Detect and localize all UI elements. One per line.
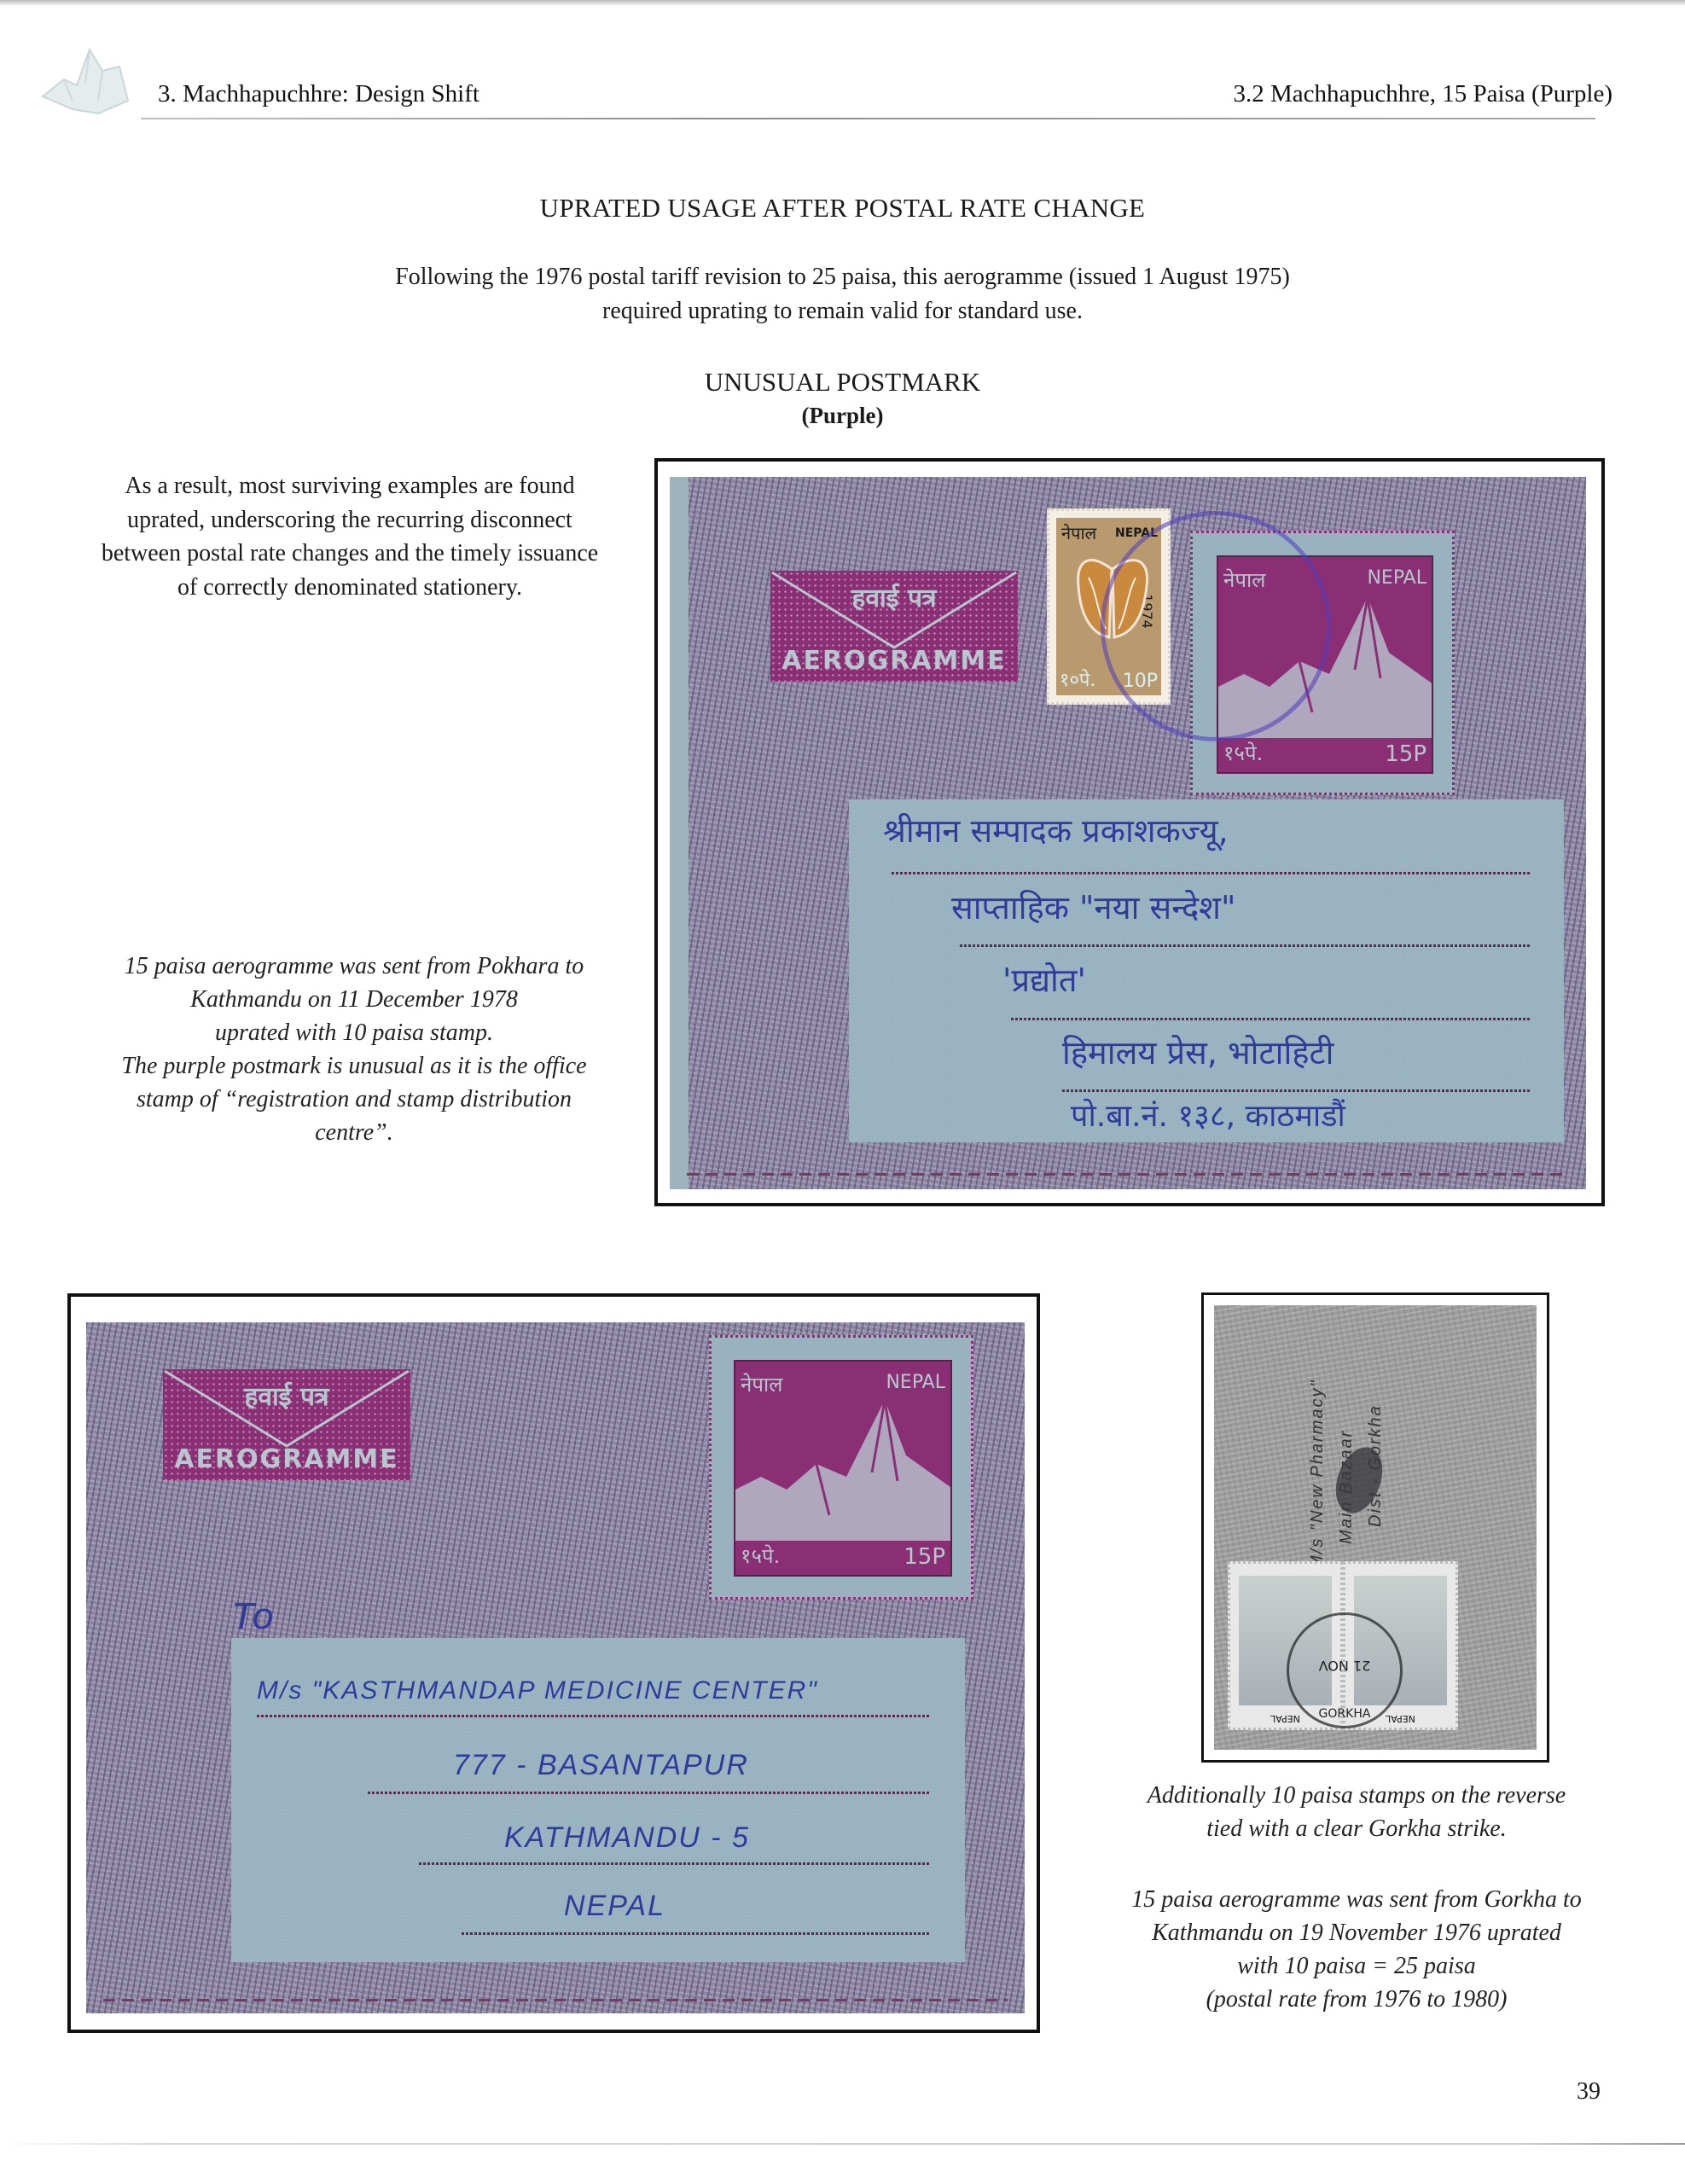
page-number: 39: [1577, 2078, 1601, 2106]
aerogramme-2-sheet: हवाई पत्र AEROGRAMME नेपाल NEPAL १५पे. 1…: [86, 1322, 1025, 2013]
handwritten-address-line: पो.बा.नं. १३८, काठमाडौं: [1071, 1094, 1345, 1136]
address-panel: M/s "KASTHMANDAP MEDICINE CENTER" 777 - …: [231, 1638, 965, 1962]
purple-postmark: [1101, 511, 1331, 741]
aerogramme-label: हवाई पत्र AEROGRAMME: [163, 1369, 410, 1480]
subheading: UNUSUAL POSTMARK: [0, 367, 1685, 398]
intro-line: Following the 1976 postal tariff revisio…: [0, 260, 1685, 294]
footer-rule: [0, 2143, 1685, 2145]
aerogramme-1-frame: हवाई पत्र AEROGRAMME नेपाल NEPAL 1974 १०…: [654, 458, 1605, 1206]
page-heading: UPRATED USAGE AFTER POSTAL RATE CHANGE: [0, 193, 1685, 224]
item3-caption: Additionally 10 paisa stamps on the reve…: [1101, 1779, 1612, 1845]
handwritten-address-line: KATHMANDU - 5: [504, 1821, 750, 1855]
handwritten-address-line: हिमालय प्रेस, भोटाहिटी: [1062, 1030, 1334, 1074]
section-title: 3. Machhapuchhre: Design Shift: [158, 80, 479, 108]
subheading-note: (Purple): [0, 403, 1685, 429]
machhapuchhre-mountain-icon: [735, 1396, 952, 1541]
address-panel: श्रीमान सम्पादक प्रकाशकज्यू, साप्ताहिक "…: [849, 799, 1564, 1142]
handwritten-address-line: NEPAL: [564, 1890, 665, 1923]
aerogramme-reverse-photo: M/s "New Pharmacy" Main Bazaar Dist - Go…: [1214, 1305, 1537, 1750]
item1-caption: 15 paisa aerogramme was sent from Pokhar…: [85, 950, 623, 1149]
handwritten-address-line: 777 - BASANTAPUR: [453, 1749, 749, 1782]
imprinted-stamp: नेपाल NEPAL १५पे. 15P: [709, 1335, 973, 1600]
handwritten-address-line: M/s "KASTHMANDAP MEDICINE CENTER": [257, 1676, 818, 1705]
aerogramme-2-frame: हवाई पत्र AEROGRAMME नेपाल NEPAL १५पे. 1…: [67, 1293, 1040, 2033]
header-rule: [141, 118, 1595, 119]
handwritten-address-line: 'प्रद्योत': [1002, 957, 1086, 1002]
to-label: To: [231, 1595, 275, 1638]
handwritten-address-line: साप्ताहिक "नया सन्देश": [951, 885, 1235, 929]
gorkha-cancel: 21 NOV GORKHA: [1287, 1612, 1403, 1728]
handwritten-address-line: श्रीमान सम्पादक प्रकाशकज्यू,: [883, 808, 1229, 852]
mountain-watermark-icon: [38, 32, 132, 126]
reverse-image-frame: M/s "New Pharmacy" Main Bazaar Dist - Go…: [1201, 1292, 1549, 1763]
subsection-title: 3.2 Machhapuchhre, 15 Paisa (Purple): [1233, 80, 1612, 108]
intro-line: required uprating to remain valid for st…: [0, 294, 1685, 328]
intro-paragraph: Following the 1976 postal tariff revisio…: [0, 260, 1685, 328]
aerogramme-1-sheet: हवाई पत्र AEROGRAMME नेपाल NEPAL 1974 १०…: [670, 477, 1586, 1189]
page-top-shadow: [0, 0, 1685, 6]
item2-caption: 15 paisa aerogramme was sent from Gorkha…: [1066, 1883, 1647, 2016]
explanation-paragraph: As a result, most surviving examples are…: [98, 469, 601, 604]
aerogramme-label: हवाई पत्र AEROGRAMME: [770, 571, 1018, 682]
